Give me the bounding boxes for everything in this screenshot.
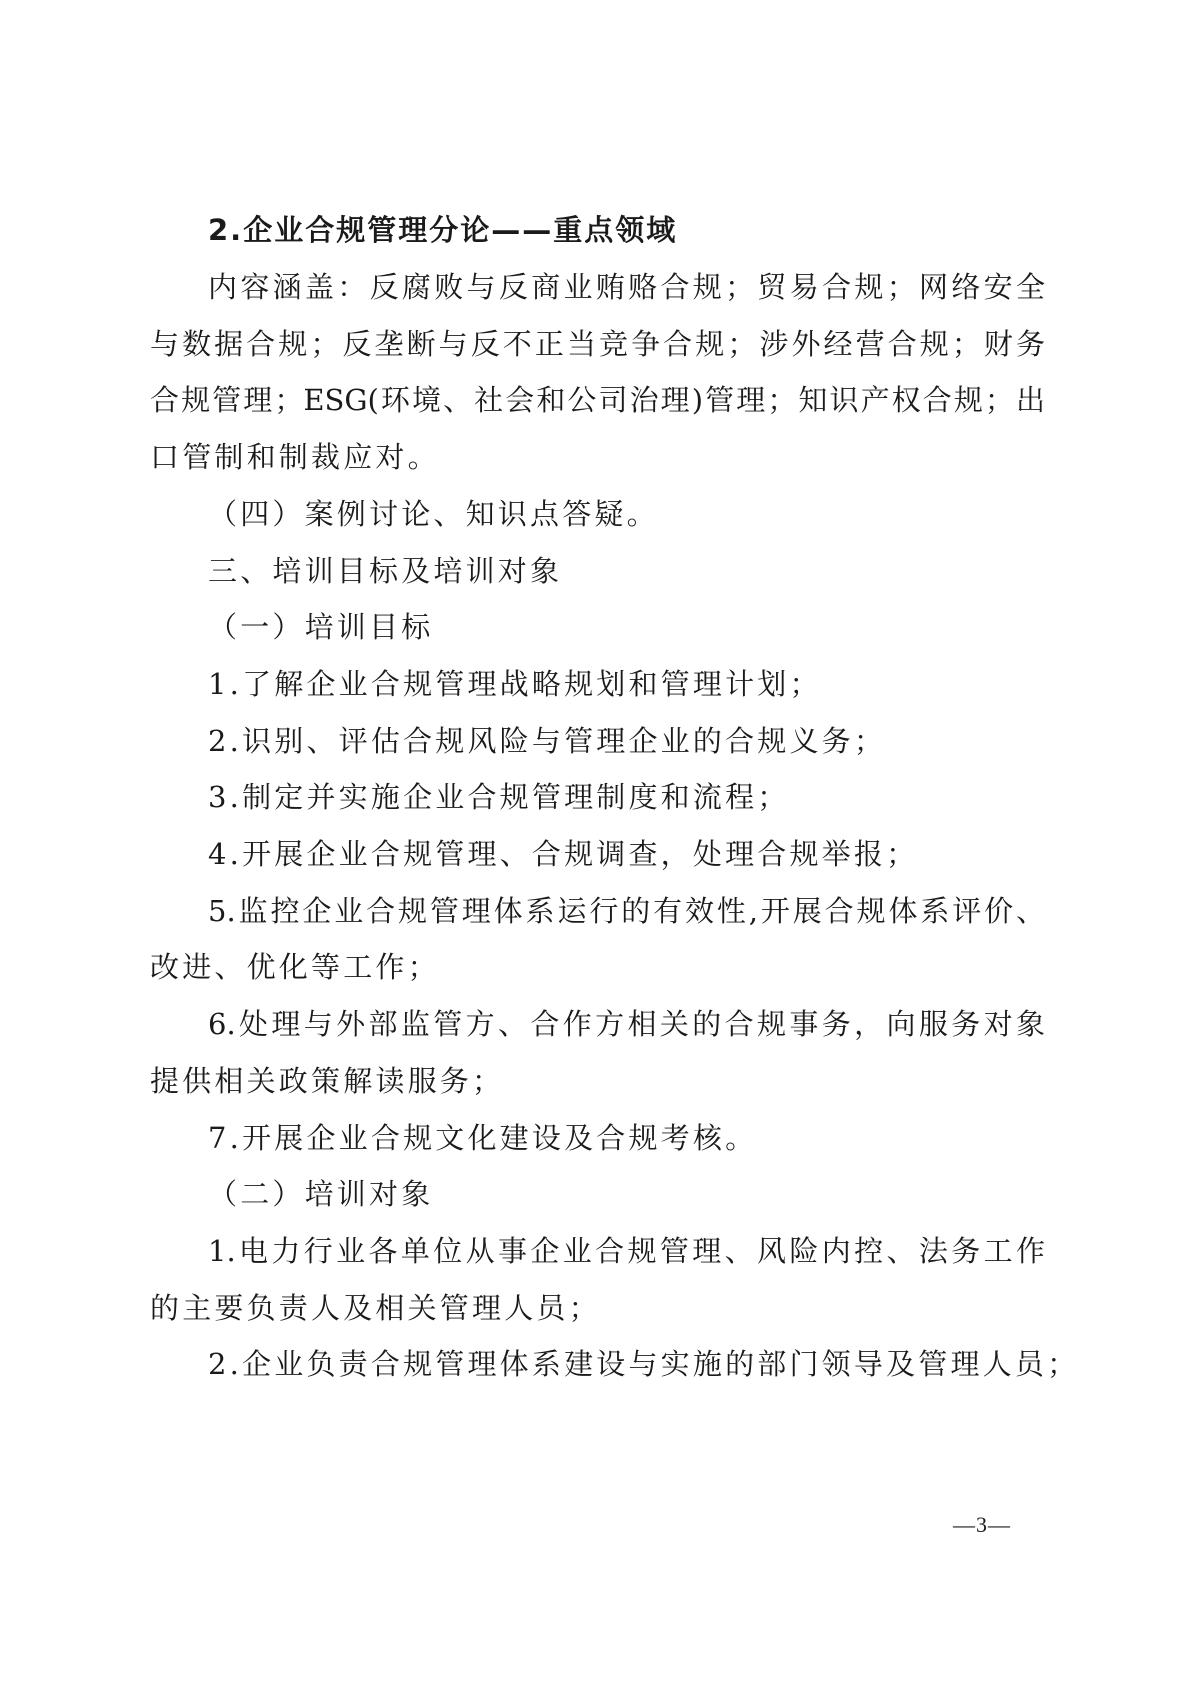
list-item-goal-2: 2.识别、评估合规风险与管理企业的合规义务； [208, 721, 886, 761]
page-number: —3— [953, 1510, 1011, 1540]
list-item-goal-4: 4.开展企业合规管理、合规调查，处理合规举报； [208, 834, 918, 874]
list-item-goal-5-continued: 改进、优化等工作； [150, 947, 440, 987]
list-item-goal-6: 6.处理与外部监管方、合作方相关的合规事务，向服务对象 [208, 1004, 1045, 1044]
list-item-goal-7: 7.开展企业合规文化建设及合规考核。 [208, 1118, 757, 1158]
subsection-case-discussion: （四）案例讨论、知识点答疑。 [208, 494, 659, 534]
paragraph-line: 内容涵盖：反腐败与反商业贿赂合规；贸易合规；网络安全 [208, 267, 1045, 307]
subsection-training-goals: （一）培训目标 [208, 607, 433, 647]
list-item-goal-1: 1.了解企业合规管理战略规划和管理计划； [208, 664, 822, 704]
list-item-goal-6-continued: 提供相关政策解读服务； [150, 1061, 504, 1101]
paragraph-line: 口管制和制裁应对。 [150, 437, 440, 477]
list-item-audience-2: 2.企业负责合规管理体系建设与实施的部门领导及管理人员； [208, 1344, 1079, 1384]
list-item-audience-1: 1.电力行业各单位从事企业合规管理、风险内控、法务工作 [208, 1231, 1045, 1271]
list-item-goal-3: 3.制定并实施企业合规管理制度和流程； [208, 777, 789, 817]
paragraph-line: 与数据合规；反垄断与反不正当竞争合规；涉外经营合规；财务 [150, 324, 1045, 364]
paragraph-line: 合规管理；ESG(环境、社会和公司治理)管理；知识产权合规；出 [150, 380, 1045, 420]
subheading-key-areas: 2.企业合规管理分论——重点领域 [208, 210, 677, 250]
list-item-audience-1-continued: 的主要负责人及相关管理人员； [150, 1288, 601, 1328]
list-item-goal-5: 5.监控企业合规管理体系运行的有效性,开展合规体系评价、 [208, 891, 1045, 931]
subsection-training-audience: （二）培训对象 [208, 1174, 433, 1214]
section-heading-training-goals: 三、培训目标及培训对象 [208, 551, 562, 591]
